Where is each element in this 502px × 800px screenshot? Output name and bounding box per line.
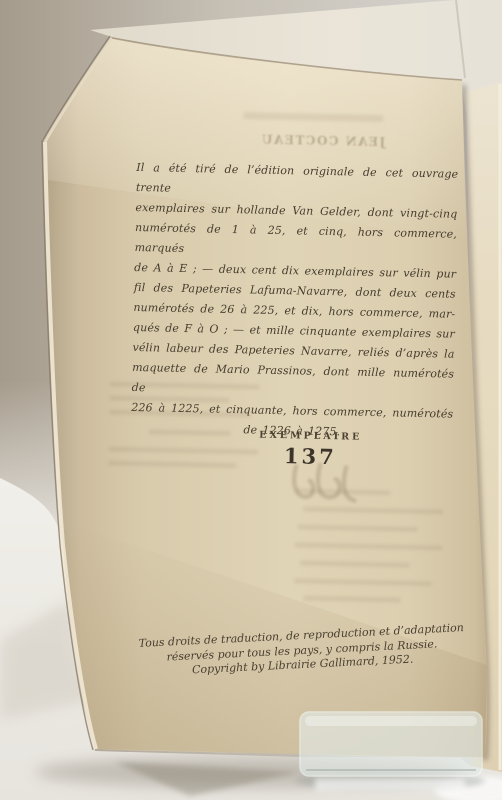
showthrough-line bbox=[300, 560, 410, 567]
book-photo: JEAN COCTEAU Il a été tiré de l’édition … bbox=[0, 0, 502, 800]
showthrough-line bbox=[303, 507, 443, 515]
colophon-line: numérotés de 1 à 25, et cinq, hors comme… bbox=[134, 218, 457, 265]
showthrough-emblem bbox=[283, 458, 364, 510]
colophon-line: Il a été tiré de l’édition originale de … bbox=[136, 158, 459, 205]
book-page: JEAN COCTEAU Il a été tiré de l’édition … bbox=[0, 0, 502, 800]
showthrough-line bbox=[303, 596, 401, 603]
showthrough-line bbox=[294, 542, 442, 550]
showthrough-line bbox=[298, 524, 418, 532]
showthrough-line bbox=[294, 578, 432, 586]
showthrough-title: JEAN COCTEAU bbox=[248, 132, 398, 149]
showthrough-line bbox=[243, 112, 383, 122]
